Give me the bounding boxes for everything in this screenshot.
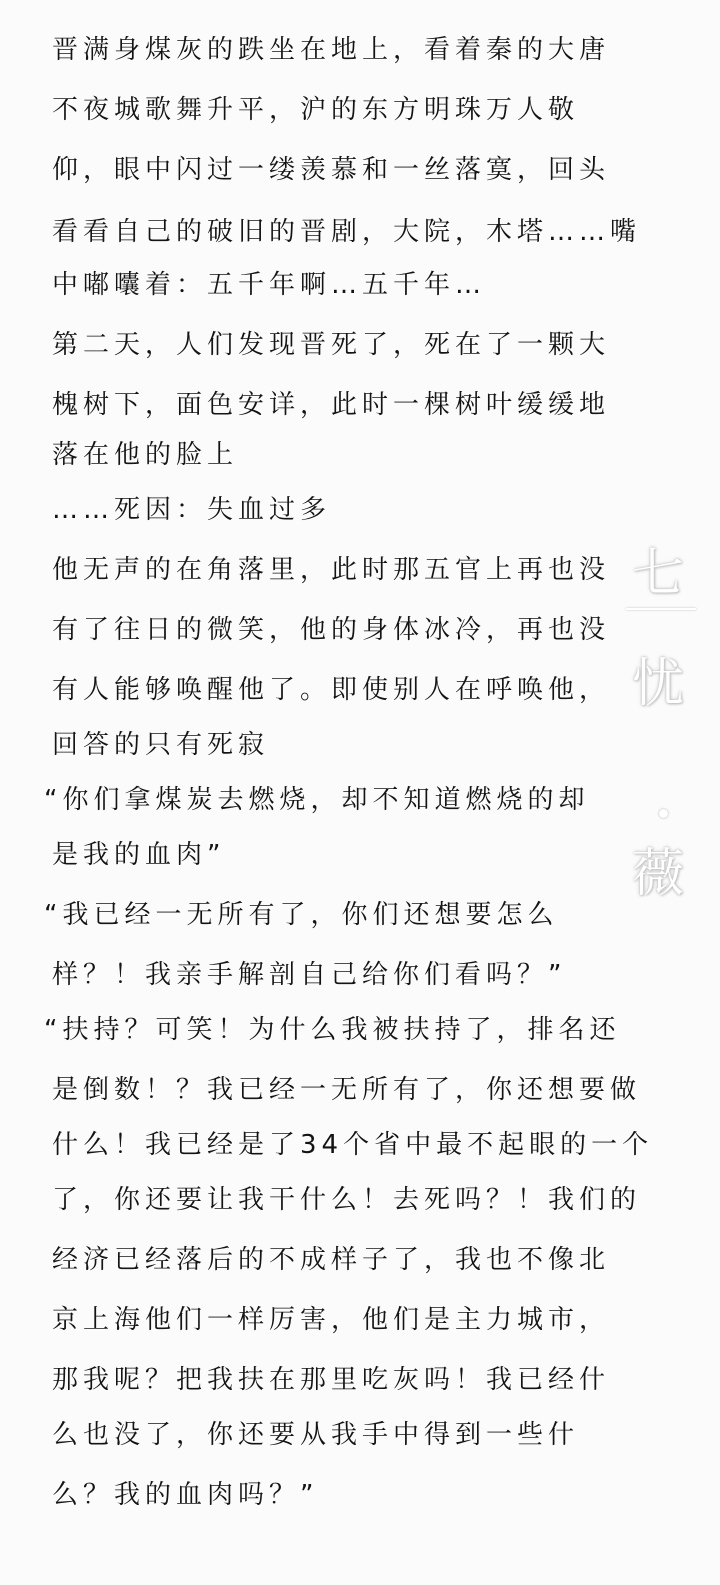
text-line: 有了往日的微笑，他的身体冰冷，再也没 bbox=[52, 610, 610, 650]
text-line: 么也没了，你还要从我手中得到一些什 bbox=[52, 1415, 579, 1455]
text-line: “扶持？可笑！为什么我被扶持了，排名还 bbox=[44, 1010, 620, 1050]
text-line: 第二天，人们发现晋死了，死在了一颗大 bbox=[52, 325, 610, 365]
text-line: 他无声的在角落里，此时那五官上再也没 bbox=[52, 550, 610, 590]
text-line: 什么！我已经是了34个省中最不起眼的一个 bbox=[52, 1125, 653, 1165]
text-line: 晋满身煤灰的跌坐在地上，看着秦的大唐 bbox=[52, 30, 610, 70]
text-line: 不夜城歌舞升平，沪的东方明珠万人敬 bbox=[52, 90, 579, 130]
text-line: 中嘟囔着：五千年啊…五千年… bbox=[52, 265, 486, 305]
text-line: 么？我的血肉吗？” bbox=[52, 1475, 318, 1515]
document-page: 晋满身煤灰的跌坐在地上，看着秦的大唐 不夜城歌舞升平，沪的东方明珠万人敬 仰，眼… bbox=[0, 0, 720, 1585]
text-line: 看看自己的破旧的晋剧，大院，木塔……嘴 bbox=[52, 212, 641, 252]
text-line: ……死因：失血过多 bbox=[52, 490, 331, 530]
text-line: 有人能够唤醒他了。即使别人在呼唤他， bbox=[52, 670, 610, 710]
text-line: 仰，眼中闪过一缕羡慕和一丝落寞，回头 bbox=[52, 150, 610, 190]
text-line: 样？！我亲手解剖自己给你们看吗？” bbox=[52, 955, 566, 995]
text-line: 槐树下，面色安详，此时一棵树叶缓缓地 bbox=[52, 385, 610, 425]
text-line: 回答的只有死寂 bbox=[52, 725, 269, 765]
text-line: 京上海他们一样厉害，他们是主力城市， bbox=[52, 1300, 610, 1340]
watermark-decoration bbox=[626, 608, 696, 610]
text-line: “你们拿煤炭去燃烧，却不知道燃烧的却 bbox=[44, 780, 589, 820]
text-line: 那我呢？把我扶在那里吃灰吗！我已经什 bbox=[52, 1360, 610, 1400]
text-line: 经济已经落后的不成样子了，我也不像北 bbox=[52, 1240, 610, 1280]
text-line: “我已经一无所有了，你们还想要怎么 bbox=[44, 895, 558, 935]
watermark-char: 薇 bbox=[632, 848, 684, 900]
text-line: 是倒数！？我已经一无所有了，你还想要做 bbox=[52, 1070, 641, 1110]
watermark-char: 忧 bbox=[632, 658, 684, 710]
text-line: 是我的血肉” bbox=[52, 835, 225, 875]
text-line: 落在他的脸上 bbox=[52, 435, 238, 475]
watermark-char: 七 bbox=[632, 548, 684, 600]
text-line: 了，你还要让我干什么！去死吗？！我们的 bbox=[52, 1180, 641, 1220]
watermark-dot bbox=[659, 809, 668, 818]
